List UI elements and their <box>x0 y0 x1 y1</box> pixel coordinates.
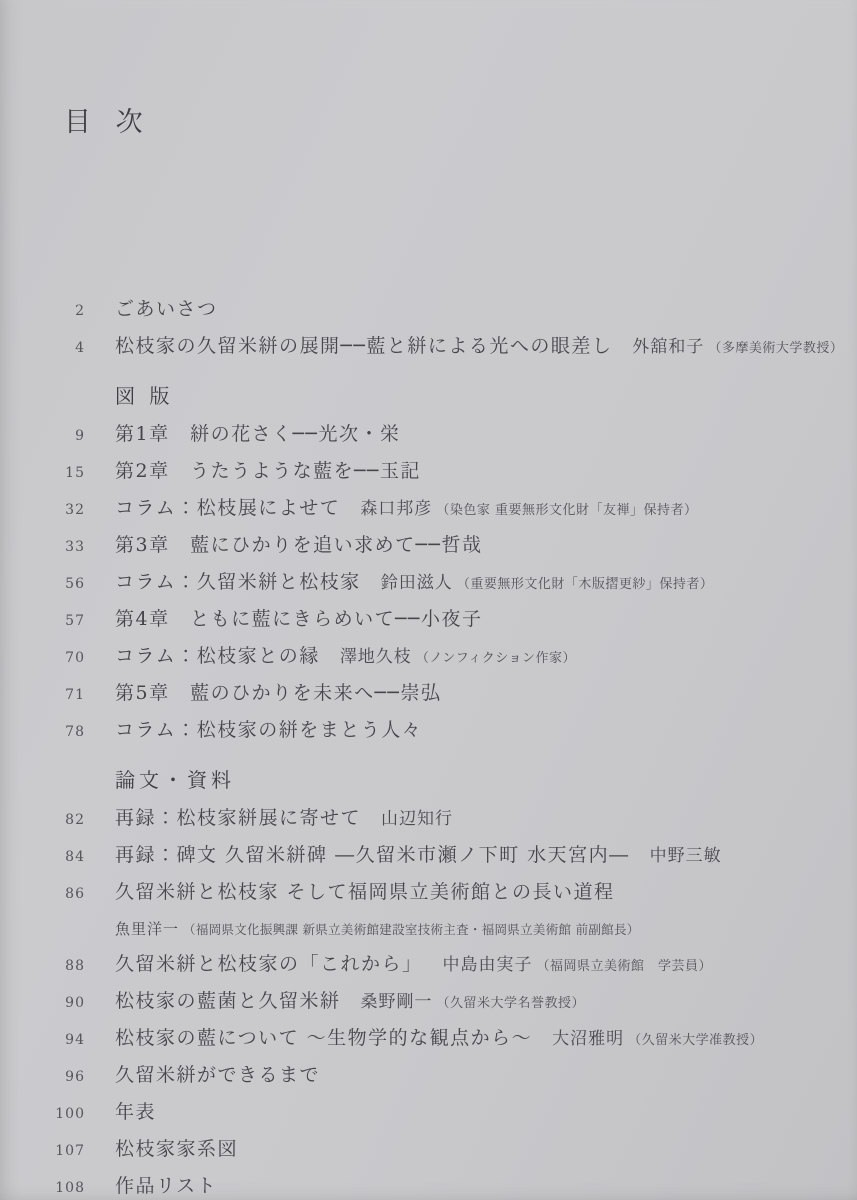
toc-row: 108作品リスト <box>0 1169 857 1200</box>
entry-title: 松枝家の藍について ～生物学的な観点から～ <box>115 1021 532 1056</box>
entry-title: 再録：松枝家絣展に寄せて <box>115 801 361 836</box>
page-number: 57 <box>45 604 85 639</box>
page-number: 107 <box>45 1134 85 1169</box>
entry-author: 魚里洋一 <box>115 912 179 947</box>
toc-section-heading: 図 版 <box>0 379 857 414</box>
entry-author: 大沼雅明 <box>552 1022 624 1057</box>
page-number: 84 <box>45 840 85 875</box>
page-number: 78 <box>45 715 85 750</box>
toc-row: 82再録：松枝家絣展に寄せて山辺知行 <box>0 801 857 838</box>
entry-author-credit: （久留米大学名誉教授） <box>437 986 586 1021</box>
entry-author-credit: （福岡県立美術館 学芸員） <box>537 949 713 984</box>
entry-author: 森口邦彦 <box>360 492 432 527</box>
page-number: 9 <box>45 419 85 454</box>
entry-title: ごあいさつ <box>115 292 218 327</box>
toc-row: 33第3章 藍にひかりを追い求めて──哲哉 <box>0 528 857 565</box>
entry-title: 久留米絣と松枝家の「これから」 <box>115 947 423 982</box>
page-number: 70 <box>45 641 85 676</box>
entry-title: 第2章 うたうような藍を──玉記 <box>115 454 421 489</box>
entry-title: 第5章 藍のひかりを未来へ──崇弘 <box>115 676 441 711</box>
page-number: 82 <box>45 803 85 838</box>
toc-row: 96久留米絣ができるまで <box>0 1058 857 1095</box>
entry-title: 第4章 ともに藍にきらめいて──小夜子 <box>115 602 482 637</box>
page-number: 94 <box>45 1023 85 1058</box>
toc-row: 84再録：碑文 久留米絣碑 ―久留米市瀬ノ下町 水天宮内―中野三敏 <box>0 838 857 875</box>
page-number: 33 <box>45 530 85 565</box>
entry-title: 松枝家家系図 <box>115 1132 238 1167</box>
entry-author: 澤地久枝 <box>340 640 412 675</box>
toc-row: 90松枝家の藍菌と久留米絣桑野剛一（久留米大学名誉教授） <box>0 984 857 1021</box>
toc-row: 57第4章 ともに藍にきらめいて──小夜子 <box>0 602 857 639</box>
toc-row: 88久留米絣と松枝家の「これから」中島由実子（福岡県立美術館 学芸員） <box>0 947 857 984</box>
entry-title: 再録：碑文 久留米絣碑 ―久留米市瀬ノ下町 水天宮内― <box>115 838 630 873</box>
page-number: 108 <box>45 1171 85 1200</box>
toc-row: 56コラム：久留米絣と松枝家鈴田滋人（重要無形文化財「木版摺更紗」保持者） <box>0 565 857 602</box>
toc-row: 32コラム：松枝展によせて森口邦彦（染色家 重要無形文化財「友禅」保持者） <box>0 491 857 528</box>
entry-title: 松枝家の藍菌と久留米絣 <box>115 984 341 1019</box>
page-number: 32 <box>45 493 85 528</box>
entry-author-credit: （福岡県文化振興課 新県立美術館建設室技術主査・福岡県立美術館 前副館長） <box>183 912 640 947</box>
entry-title: 久留米絣と松枝家 そして福岡県立美術館との長い道程 <box>115 875 615 910</box>
entry-author: 外舘和子 <box>632 330 704 365</box>
entry-author-credit: （ノンフィクション作家） <box>416 641 576 676</box>
entry-title: コラム：松枝家との縁 <box>115 639 320 674</box>
entry-author-credit: （重要無形文化財「木版摺更紗」保持者） <box>457 567 714 602</box>
entry-title: コラム：松枝展によせて <box>115 491 340 526</box>
section-title: 図 版 <box>115 379 173 414</box>
entry-title: 年表 <box>115 1095 156 1130</box>
page-number: 4 <box>45 331 85 366</box>
book-contents-page: 目 次 2ごあいさつ4松枝家の久留米絣の展開──藍と絣による光への眼差し外舘和子… <box>0 0 857 1200</box>
toc-row: 107松枝家家系図 <box>0 1132 857 1169</box>
toc-row: 70コラム：松枝家との縁澤地久枝（ノンフィクション作家） <box>0 639 857 676</box>
toc-row: 2ごあいさつ <box>0 292 857 329</box>
page-number: 96 <box>45 1060 85 1095</box>
toc-row-line1: 86久留米絣と松枝家 そして福岡県立美術館との長い道程 <box>45 875 857 912</box>
page-title: 目 次 <box>64 100 151 139</box>
page-number: 56 <box>45 567 85 602</box>
entry-title: コラム：松枝家の絣をまとう人々 <box>115 713 422 748</box>
toc-row: 15第2章 うたうような藍を──玉記 <box>0 454 857 491</box>
entry-title: 作品リスト <box>115 1169 217 1200</box>
toc-list: 2ごあいさつ4松枝家の久留米絣の展開──藍と絣による光への眼差し外舘和子（多摩美… <box>0 292 857 1200</box>
toc-row: 9第1章 絣の花さく──光次・栄 <box>0 417 857 454</box>
toc-row-line2: 魚里洋一（福岡県文化振興課 新県立美術館建設室技術主査・福岡県立美術館 前副館長… <box>45 912 857 947</box>
toc-row: 100年表 <box>0 1095 857 1132</box>
page-number: 90 <box>45 986 85 1021</box>
toc-row: 86久留米絣と松枝家 そして福岡県立美術館との長い道程魚里洋一（福岡県文化振興課… <box>0 875 857 947</box>
entry-author-credit: （多摩美術大学教授） <box>708 331 843 366</box>
toc-row: 4松枝家の久留米絣の展開──藍と絣による光への眼差し外舘和子（多摩美術大学教授） <box>0 329 857 366</box>
toc-row: 78コラム：松枝家の絣をまとう人々 <box>0 713 857 750</box>
page-number: 100 <box>45 1097 85 1132</box>
entry-author: 鈴田滋人 <box>381 566 453 601</box>
entry-author: 中島由実子 <box>443 948 533 983</box>
entry-title: 第3章 藍にひかりを追い求めて──哲哉 <box>115 528 482 563</box>
entry-title: 松枝家の久留米絣の展開──藍と絣による光への眼差し <box>115 329 612 364</box>
entry-author-credit: （久留米大学准教授） <box>628 1023 763 1058</box>
toc-row: 94松枝家の藍について ～生物学的な観点から～大沼雅明（久留米大学准教授） <box>0 1021 857 1058</box>
section-title: 論文・資料 <box>115 763 235 798</box>
toc-section-heading: 論文・資料 <box>0 763 857 798</box>
entry-author-credit: （染色家 重要無形文化財「友禅」保持者） <box>436 493 697 528</box>
toc-row: 71第5章 藍のひかりを未来へ──崇弘 <box>0 676 857 713</box>
entry-author: 桑野剛一 <box>361 985 433 1020</box>
page-number: 15 <box>45 456 85 491</box>
entry-title: コラム：久留米絣と松枝家 <box>115 565 361 600</box>
entry-author: 中野三敏 <box>650 839 722 874</box>
entry-title: 久留米絣ができるまで <box>115 1058 320 1093</box>
page-number: 2 <box>45 294 85 329</box>
entry-title: 第1章 絣の花さく──光次・栄 <box>115 417 400 452</box>
page-number: 88 <box>45 949 85 984</box>
page-number: 86 <box>45 877 85 912</box>
page-number: 71 <box>45 678 85 713</box>
entry-author: 山辺知行 <box>381 802 453 837</box>
